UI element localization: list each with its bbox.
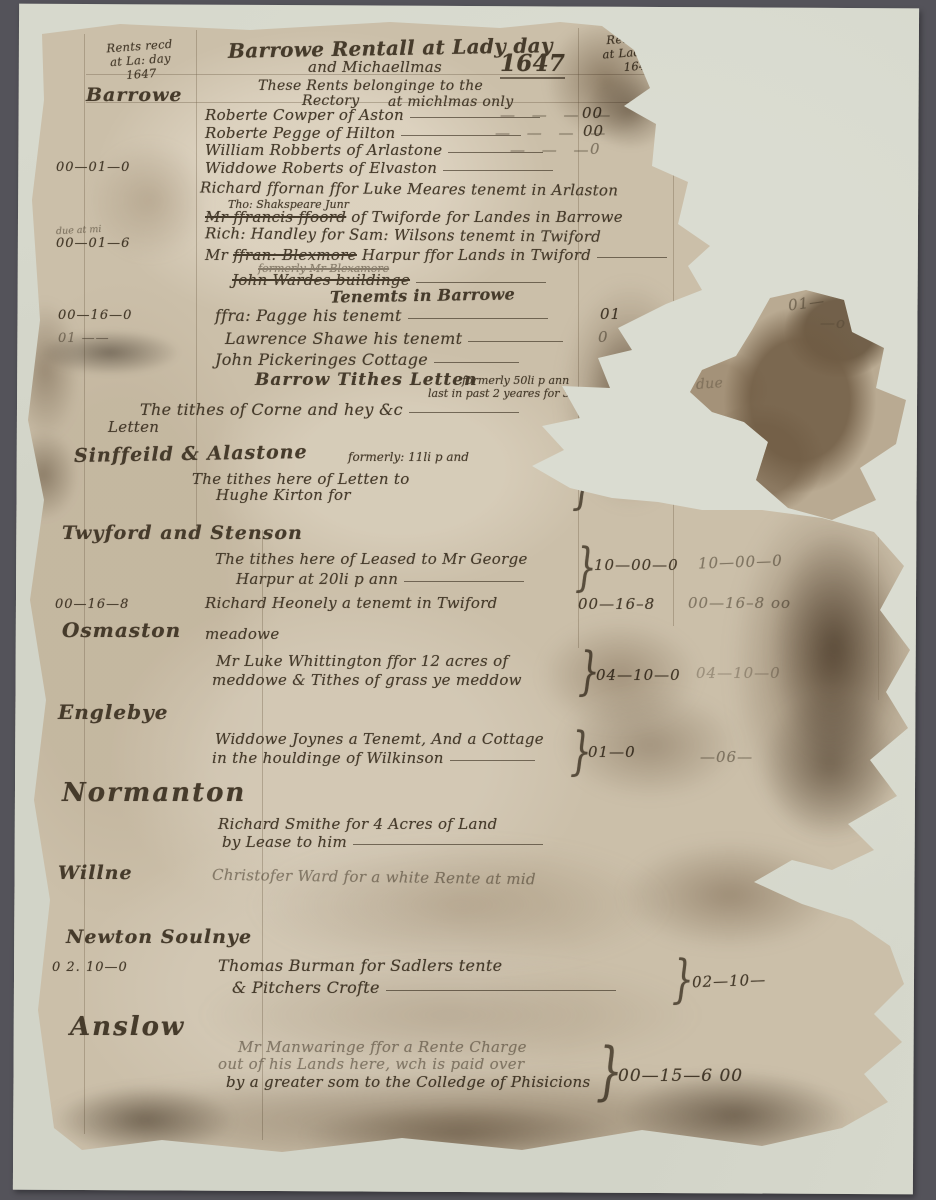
struck-name: Mr ffrancis ffoord: [205, 208, 346, 226]
due-lady-value: 04—10—0: [596, 666, 681, 684]
column-header-rents-received: Rents recd at La: day 1647: [87, 36, 195, 85]
due-lady-value: 00: [582, 104, 603, 122]
due-mich-value: 04—10—0: [696, 664, 781, 682]
sinfield-line: Hughe Kirton for: [216, 486, 351, 504]
due-lady-value: 10—00—0: [594, 556, 679, 574]
photograph: Rents recd at La: day 1647 Barrowe Renta…: [0, 0, 936, 1200]
rent-row: Rich: Handley for Sam: Wilsons tenemt in…: [205, 224, 601, 245]
underline-flourish: [416, 280, 546, 283]
due-mich-value: 00—16–8 oo: [688, 594, 791, 612]
section-heading-twyford: Twyford and Stenson: [62, 522, 303, 544]
engleby-line: Widdowe Joynes a Tenemt, And a Cottage: [215, 730, 544, 748]
normanton-line: Richard Smithe for 4 Acres of Land: [218, 815, 498, 833]
anslow-line: Mr Manwaringe ffor a Rente Charge: [238, 1038, 527, 1056]
fragment-value: 01—: [787, 292, 826, 315]
section-heading-anslow: Anslow: [70, 1012, 185, 1042]
bracket-glyph: }: [672, 950, 694, 1010]
rent-row: Roberte Pegge of Hilton: [205, 124, 521, 142]
tithes-note: last in past 2 yeares for 32li: [428, 387, 584, 400]
willne-line: Christofer Ward for a white Rente at mid: [212, 866, 536, 889]
document-year: 1647: [500, 50, 565, 79]
value: 02—10—: [692, 971, 767, 992]
underline-flourish: [386, 988, 616, 991]
underline-flourish: [353, 842, 543, 845]
place-label-barrowe: Barrowe: [86, 84, 183, 106]
margin-amount: 01 ——: [58, 331, 110, 346]
twyford-line: Harpur at 20li p ann: [236, 570, 524, 588]
rent-row: Roberte Cowper of Aston: [205, 106, 540, 124]
margin-amount: 0 2. 10—0: [52, 960, 128, 975]
anslow-line: by a greater som to the Colledge of Phis…: [226, 1073, 590, 1091]
due-lady-value: 01: [600, 305, 621, 323]
document-title-line2: and Michaellmas: [308, 58, 442, 76]
section-heading-tenements: Tenemts in Barrowe: [330, 284, 515, 306]
due-lady-value: 00: [583, 122, 604, 140]
underline-flourish: [443, 168, 553, 171]
due-lady-value: 0: [590, 140, 601, 158]
margin-amount: 00—16—8: [55, 597, 129, 612]
rent-row: William Robberts of Arlastone: [205, 141, 543, 159]
due-lady-value: 0: [598, 328, 609, 346]
rent-row: Lawrence Shawe his tenemt: [225, 329, 563, 348]
rent-row: ffra: Pagge his tenemt: [215, 306, 548, 325]
osmaston-line: Mr Luke Whittington ffor 12 acres of: [216, 652, 508, 670]
osmaston-note: meadowe: [205, 625, 280, 643]
stain: [250, 840, 670, 970]
underline-flourish: [434, 360, 519, 363]
rent-row: Widdowe Roberts of Elvaston: [205, 159, 553, 177]
section-heading-normanton: Normanton: [62, 778, 246, 808]
margin-amount: 00—16—0: [58, 308, 132, 323]
twyford-line: The tithes here of Leased to Mr George: [215, 550, 528, 568]
due-lady-value: 01—0: [588, 743, 636, 761]
fragment-word: due: [695, 375, 723, 393]
value: 00—15—6 00: [618, 1066, 743, 1086]
fragment-mark: —o: [820, 314, 846, 332]
section-heading-osmaston: Osmaston: [62, 618, 181, 642]
rent-row: Mr ffrancis ffoord of Twiforde for Lande…: [205, 208, 623, 226]
sinfield-note: formerly: 11li p and: [348, 450, 469, 464]
engleby-line: in the houldinge of Wilkinson: [212, 749, 535, 767]
margin-amount: 00—01—0: [56, 160, 130, 175]
normanton-line: by Lease to him: [222, 833, 543, 851]
osmaston-line: meddowe & Tithes of grass ye meddow: [212, 671, 522, 689]
due-lady-value: 00—16–8: [578, 595, 655, 613]
underline-flourish: [450, 758, 535, 761]
newton-line: & Pitchers Crofte: [232, 978, 616, 997]
due-mich-value: 10—00—0: [698, 552, 783, 573]
anslow-line: out of his Lands here, wch is paid over: [218, 1055, 524, 1073]
due-mich-value: —06—: [700, 748, 753, 766]
tithes-line: The tithes of Corne and hey &c: [140, 400, 519, 419]
section-heading-sinfield: Sinffeild & Alastone: [74, 441, 308, 467]
tithes-note: formerly 50li p ann: [462, 374, 569, 387]
section-heading-engleby: Englebye: [58, 700, 168, 724]
section-heading-willne: Willne: [58, 862, 133, 884]
tithes-line: Letten: [108, 418, 159, 436]
margin-amount: 00—01—6: [56, 236, 130, 251]
twyford-row2: Richard Heonely a tenemt in Twiford: [205, 594, 498, 612]
underline-flourish: [409, 410, 519, 413]
underline-flourish: [408, 316, 548, 319]
newton-line: Thomas Burman for Sadlers tente: [218, 956, 502, 975]
stain: [770, 530, 900, 760]
subtitle-line1: These Rents belonginge to the: [258, 78, 483, 94]
rent-row: Richard ffornan ffor Luke Meares tenemt …: [200, 179, 618, 200]
underline-flourish: [597, 255, 667, 258]
dash-marks: — — —: [510, 141, 595, 159]
underline-flourish: [468, 339, 563, 342]
section-heading-newton: Newton Soulnye: [66, 926, 252, 948]
underline-flourish: [404, 579, 524, 582]
rent-row: John Pickeringes Cottage: [215, 350, 519, 369]
